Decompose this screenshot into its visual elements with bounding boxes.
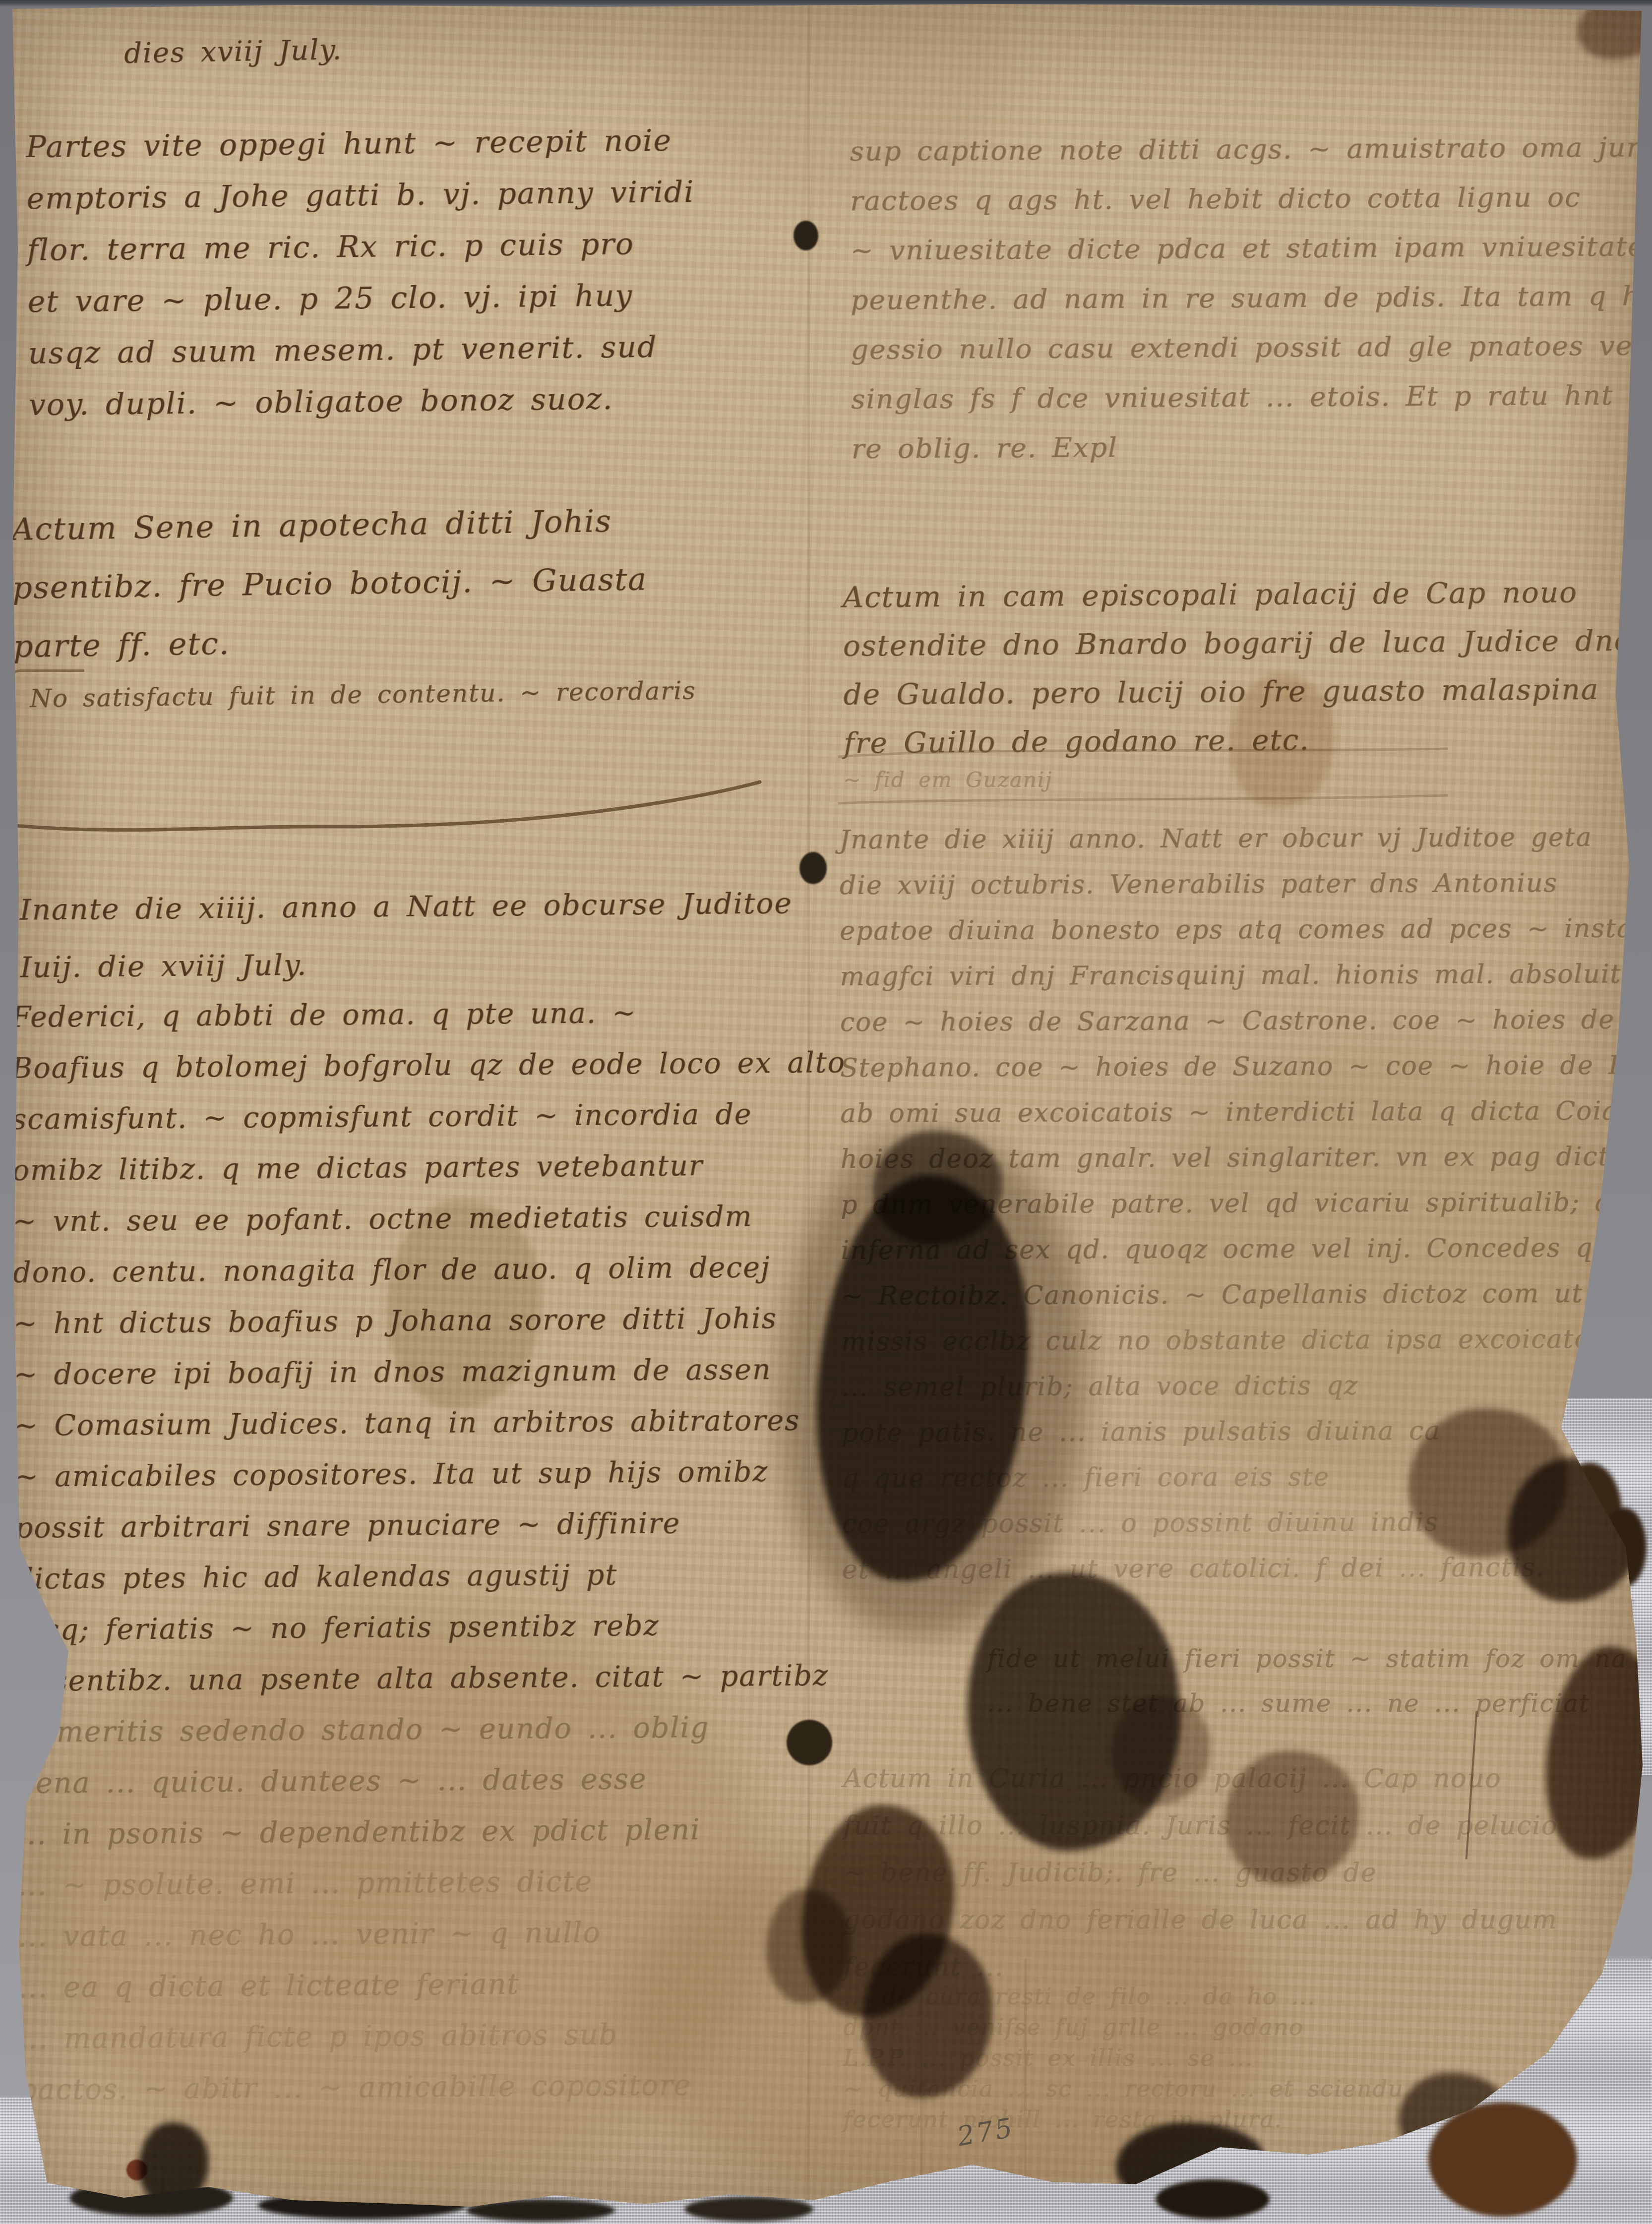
paragraph-left-2: Actum Sene in apotecha ditti Johispsenti… [11, 491, 649, 676]
manuscript-line: Stephano. coe ~ hoies de Suzano ~ coe ~ … [840, 1042, 1652, 1091]
scanned-manuscript: dies xviij July. Partes vite oppegi hunt… [0, 0, 1652, 2224]
manuscript-line: coe ~ hoies de Sarzana ~ Castrone. coe ~… [840, 997, 1652, 1045]
manuscript-line: re oblig. re. Expl [851, 419, 1652, 474]
manuscript-line: ... ~ psolute. emi ... pmittetes dicte [17, 1855, 851, 1912]
manuscript-line: dictas ptes hic ad kalendas agustij pt [15, 1548, 849, 1605]
manuscript-line: emptoris a Johe gatti b. vj. panny virid… [26, 166, 695, 225]
manuscript-line: possit arbitrari snare pnuciare ~ diffin… [14, 1497, 849, 1554]
paragraph-left-1: Partes vite oppegi hunt ~ recepit noieem… [26, 115, 697, 431]
manuscript-line: fecerunt nichill ... resta in plura. [843, 2104, 1404, 2135]
manuscript-line: Boafius q btolomej bofgrolu qz de eode l… [11, 1037, 846, 1094]
manuscript-line: absentibz. una psente alta absente. cita… [15, 1650, 850, 1707]
manuscript-line: ~ meritis sedendo stando ~ eundo ... obl… [16, 1701, 850, 1758]
manuscript-line: peuenthe. ad nam in re suam de pdis. Ita… [851, 270, 1652, 325]
manuscript-line: Iuij. die xviij July. [20, 932, 793, 996]
manuscript-line: singlas fs f dce vniuesitat ... etois. E… [851, 369, 1652, 424]
manuscript-line: sup captione note ditti acgs. ~ amuistra… [850, 121, 1652, 176]
manuscript-line: psentibz. fre Pucio botocij. ~ Guasta [12, 550, 648, 617]
manuscript-line: pena ... quicu. duntees ~ ... dates esse [16, 1752, 851, 1809]
manuscript-line: Federici, q abbti de oma. q pte una. ~ [11, 986, 845, 1043]
ink-dot [787, 1720, 832, 1765]
manuscript-line: fuit q illo ... luspnia. Juris ... fecit… [843, 1803, 1558, 1850]
manuscript-line: Jnante die xiiij anno. Natt er obcur vj … [839, 814, 1652, 863]
stain-top-right [1577, 0, 1652, 60]
manuscript-line: Partes vite oppegi hunt ~ recepit noie [26, 115, 694, 173]
manuscript-line: magfci viri dnj Francisquinj mal. hionis… [840, 951, 1652, 1000]
date-lines: Inante die xiiij. anno a Natt ee obcurse… [19, 874, 793, 996]
manuscript-line: omibz litibz. q me dictas partes veteban… [12, 1140, 846, 1197]
manuscript-line: flor. terra me ric. Rx ric. p cuis pro [27, 218, 695, 276]
paragraph-right-1: sup captione note ditti acgs. ~ amuistra… [850, 121, 1652, 474]
manuscript-line: voy. dupli. ~ obligatoe bonoz suoz. [28, 372, 697, 431]
manuscript-line: gessio nullo casu extendi possit ad gle … [851, 320, 1652, 374]
manuscript-line: usqz ad suum mesem. pt venerit. sud [28, 321, 696, 379]
paragraph-left-3: Federici, q abbti de oma. q pte una. ~Bo… [11, 986, 853, 2116]
manuscript-line: Actum Sene in apotecha ditti Johis [11, 491, 647, 559]
manuscript-line: ... ea q dicta et licteate feriant [18, 1957, 852, 2014]
manuscript-line: parte ff. etc. [13, 608, 649, 676]
manuscript-line: Inante die xiiij. anno a Natt ee obcurse… [19, 874, 793, 939]
manuscript-line: epatoe diuina bonesto eps atq comes ad p… [840, 905, 1652, 954]
manuscript-line: et vare ~ plue. p 25 clo. vj. ipi huy [27, 269, 696, 328]
manuscript-line: ... vata ... nec ho ... venir ~ q nullo [17, 1906, 852, 1963]
hand-drawn-divider [0, 766, 774, 845]
ink-dot [799, 852, 827, 884]
page-heading: dies xviij July. [123, 34, 342, 70]
manuscript-line: ... in psonis ~ dependentibz ex pdict pl… [17, 1803, 851, 1861]
manuscript-line: ab omi sua excoicatois ~ interdicti lata… [840, 1088, 1652, 1137]
manuscript-line: pactos. ~ abitr ... ~ amicabille coposit… [18, 2059, 853, 2116]
charred-fragment [1156, 2179, 1270, 2219]
manuscript-line: Actum in cam episcopali palacij de Cap n… [843, 567, 1640, 621]
manuscript-line: ostendite dno Bnardo bogarij de luca Jud… [843, 616, 1640, 670]
manuscript-line: vtsq; feriatis ~ no feriatis psentibz re… [15, 1599, 850, 1656]
stain-fragment [1428, 2103, 1577, 2217]
manuscript-line: ... mandatura ficte p ipos abitros sub [18, 2008, 852, 2065]
manuscript-line: ~ vniuesitate dicte pdca et statim ipam … [850, 221, 1652, 275]
charred-fragment [684, 2197, 813, 2222]
ink-dot [794, 221, 818, 250]
side-note: ~ fid em Guzanij [843, 768, 1052, 792]
manuscript-line: ~ amicabiles copositores. Ita ut sup hij… [14, 1446, 849, 1503]
manuscript-line: die xviij octubris. Venerabilis pater dn… [840, 860, 1652, 908]
manuscript-line: ractoes q ags ht. vel hebit dicto cotta … [850, 171, 1652, 226]
manuscript-page: dies xviij July. Partes vite oppegi hunt… [0, 0, 1652, 2224]
marginal-note-line: No satisfactu fuit in de contentu. ~ rec… [30, 676, 696, 713]
manuscript-line: scamisfunt. ~ copmisfunt cordit ~ incord… [12, 1088, 846, 1145]
manuscript-line: ~ Comasium Judices. tanq in arbitros abi… [14, 1395, 848, 1452]
